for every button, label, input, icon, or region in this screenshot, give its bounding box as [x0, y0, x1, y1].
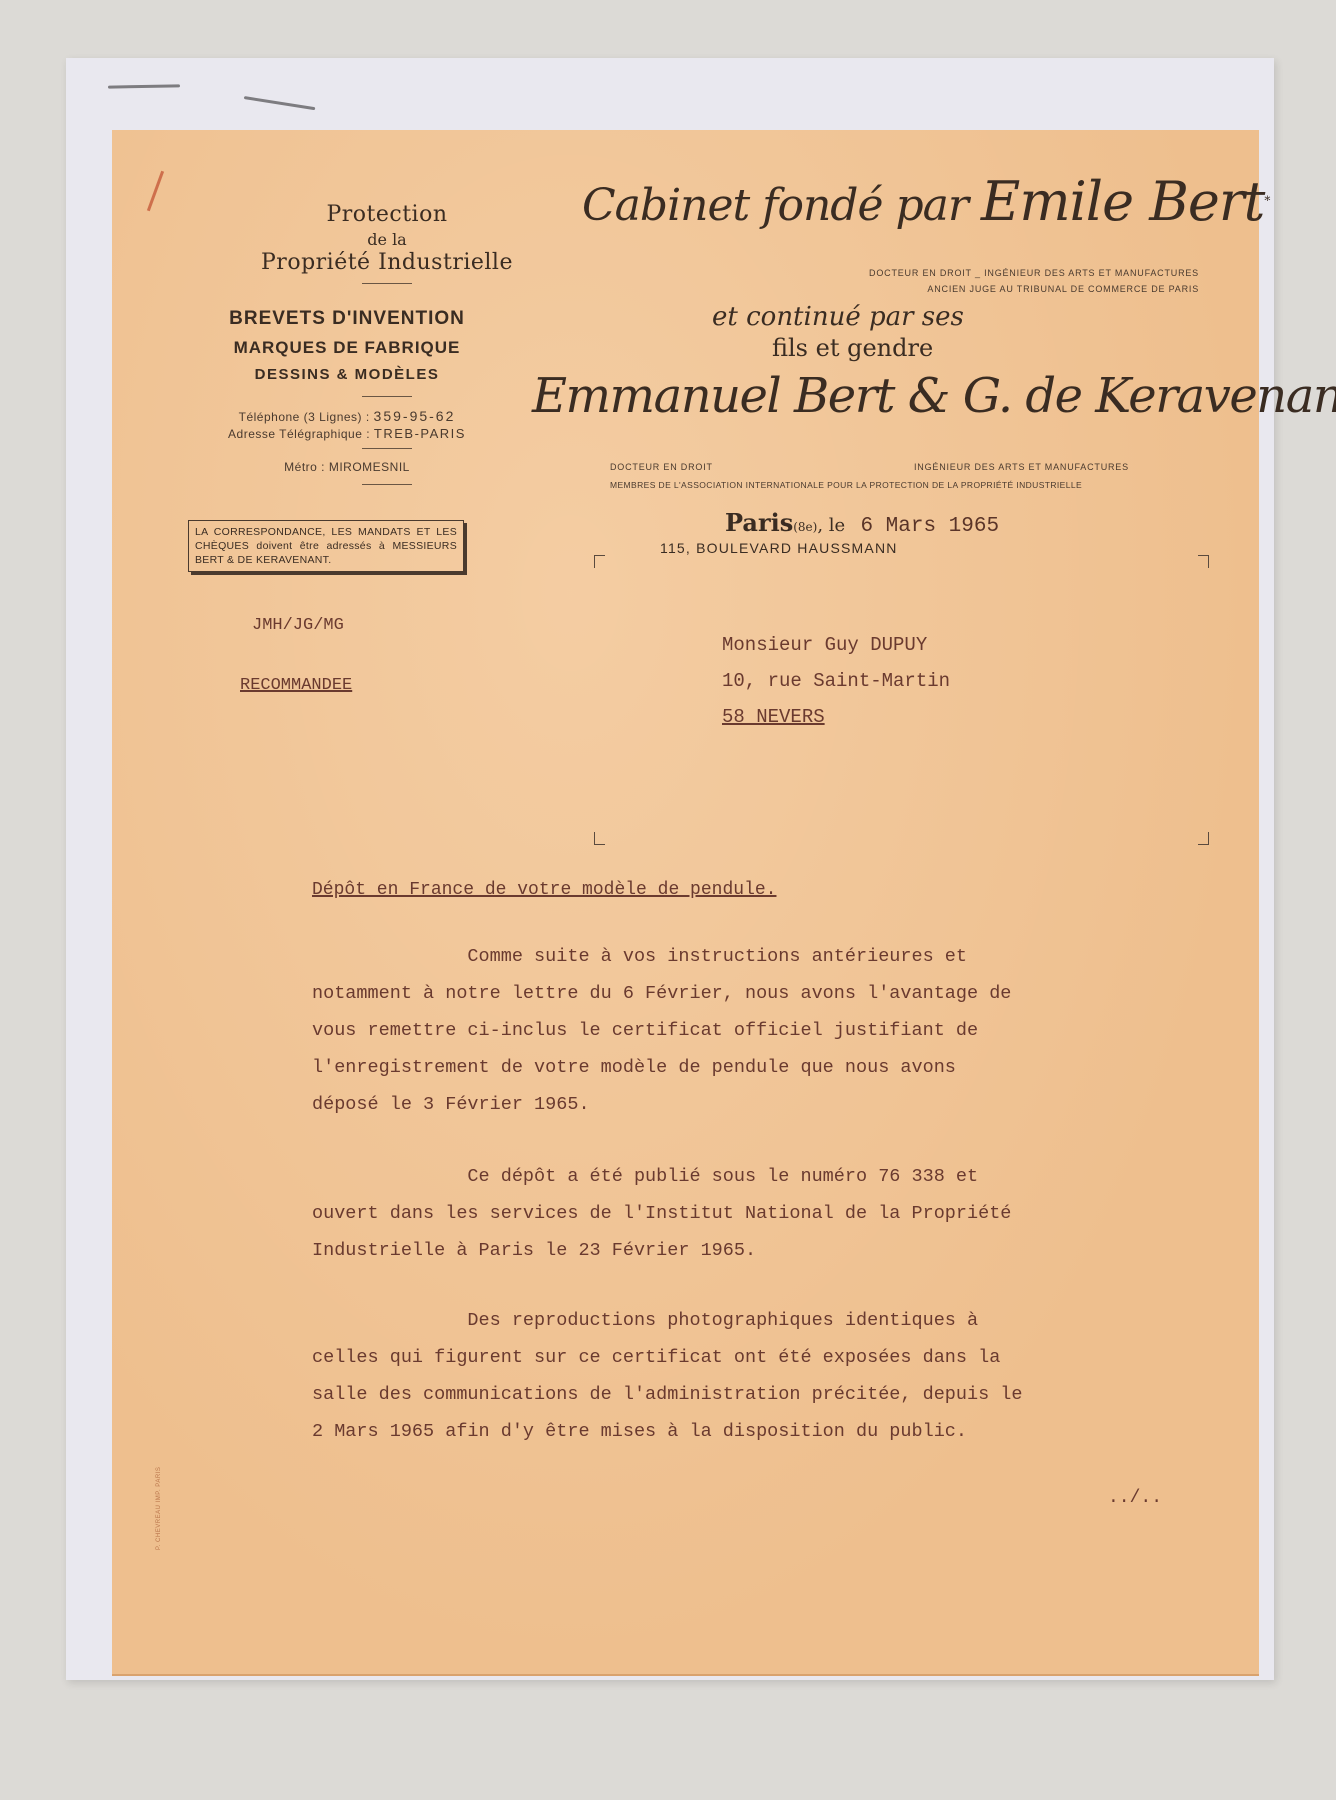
date-le: , le — [817, 515, 845, 536]
founder-credentials-2: ANCIEN JUGE AU TRIBUNAL DE COMMERCE DE P… — [927, 284, 1199, 294]
continued-marker: ../.. — [1108, 1488, 1162, 1508]
letterhead-title-line2: de la — [252, 230, 522, 249]
telephone-line: Téléphone (3 Lignes) : 359-95-62 — [162, 408, 532, 424]
window-corner-mark — [594, 832, 605, 845]
founder-prefix: Cabinet fondé par — [582, 180, 981, 231]
letter-date: 6 Mars 1965 — [860, 515, 999, 538]
recipient-street: 10, rue Saint-Martin — [722, 670, 950, 692]
ornament-divider — [362, 484, 412, 485]
office-address: 115, BOULEVARD HAUSSMANN — [660, 540, 898, 556]
reference-initials: JMH/JG/MG — [252, 616, 344, 635]
window-corner-mark — [1198, 555, 1209, 568]
ornament-divider — [362, 396, 412, 397]
window-corner-mark — [1198, 832, 1209, 845]
telegraph-value: TREB-PARIS — [374, 426, 466, 441]
city: Paris — [725, 508, 793, 537]
correspondence-notice: LA CORRESPONDANCE, LES MANDATS ET LES CH… — [188, 520, 464, 572]
printer-mark: P. CHEVREAU IMP. PARIS — [156, 1467, 162, 1550]
membership-line: MEMBRES DE L'ASSOCIATION INTERNATIONALE … — [610, 480, 1082, 490]
founder-mark: * — [1264, 193, 1269, 207]
metro-line: Métro : MIROMESNIL — [162, 460, 532, 474]
date-line: Paris(8e), le 6 Mars 1965 — [725, 508, 999, 538]
telegraph-label: Adresse Télégraphique : — [228, 427, 370, 441]
recipient-city: 58 NEVERS — [722, 706, 825, 728]
letterhead-title-line1: Protection — [252, 202, 522, 227]
letter-subject: Dépôt en France de votre modèle de pendu… — [312, 880, 776, 900]
telephone-label: Téléphone (3 Lignes) : — [239, 410, 370, 424]
telegraph-line: Adresse Télégraphique : TREB-PARIS — [162, 426, 532, 441]
continued-by: et continué par ses — [712, 302, 964, 332]
telephone-number: 359-95-62 — [374, 408, 456, 424]
body-paragraph-2: Ce dépôt a été publié sous le numéro 76 … — [312, 1158, 1232, 1269]
founder-credentials-1: DOCTEUR EN DROIT _ INGÉNIEUR DES ARTS ET… — [869, 268, 1199, 278]
service-trademarks: MARQUES DE FABRIQUE — [162, 338, 532, 358]
partners-name: Emmanuel Bert & G. de Keravenanto✱⚜ — [532, 368, 1336, 424]
partners-text: Emmanuel Bert & G. de Keravenant — [532, 368, 1336, 424]
body-paragraph-3: Des reproductions photographiques identi… — [312, 1302, 1232, 1450]
letter-page: Protection de la Propriété Industrielle … — [112, 130, 1259, 1676]
sons-line: fils et gendre — [772, 334, 933, 362]
ornament-divider — [362, 283, 412, 284]
body-paragraph-1: Comme suite à vos instructions antérieur… — [312, 938, 1232, 1123]
red-mark — [147, 171, 164, 211]
recipient-name: Monsieur Guy DUPUY — [722, 634, 927, 656]
ornament-divider — [362, 448, 412, 449]
registered-mail-label: RECOMMANDEE — [240, 676, 352, 695]
window-corner-mark — [594, 555, 605, 568]
partner2-credentials: INGÉNIEUR DES ARTS ET MANUFACTURES — [914, 462, 1129, 472]
founder-name: Emile Bert — [981, 170, 1264, 233]
founder-line: Cabinet fondé par Emile Bert* — [582, 170, 1269, 233]
service-patents: BREVETS D'INVENTION — [162, 308, 532, 330]
service-designs: DESSINS & MODÈLES — [162, 366, 532, 383]
letterhead-title-line3: Propriété Industrielle — [252, 250, 522, 275]
arrondissement: (8e) — [793, 520, 817, 534]
partner1-credentials: DOCTEUR EN DROIT — [610, 462, 713, 472]
